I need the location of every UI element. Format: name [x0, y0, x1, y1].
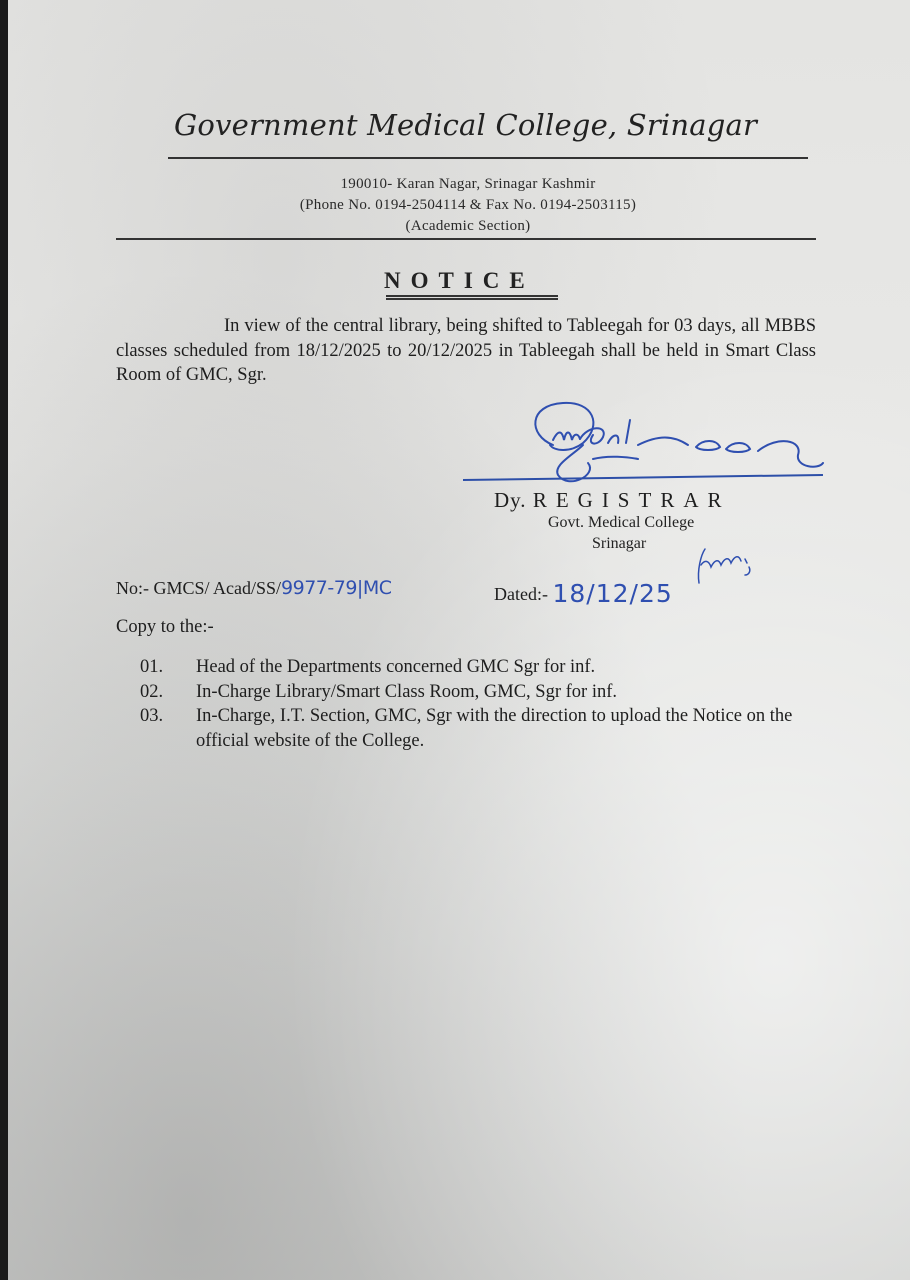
- title-underline-double: [386, 298, 558, 300]
- notice-title: NOTICE: [384, 268, 535, 294]
- signatory-organization: Govt. Medical College: [548, 514, 694, 532]
- notice-body: In view of the central library, being sh…: [116, 314, 816, 388]
- copy-to-heading: Copy to the:-: [116, 617, 214, 638]
- dated-label: Dated:-: [494, 584, 548, 604]
- initials-icon: [691, 545, 761, 585]
- list-item: 02. In-Charge Library/Smart Class Room, …: [140, 680, 830, 705]
- designation-prefix: Dy.: [494, 488, 527, 512]
- letterhead-divider: [116, 238, 816, 240]
- list-item-number: 03.: [140, 704, 196, 753]
- heading-underline: [168, 157, 808, 159]
- designation-title: REGISTRAR: [533, 488, 731, 512]
- list-item: 03. In-Charge, I.T. Section, GMC, Sgr wi…: [140, 704, 830, 753]
- signatory-designation: Dy. REGISTRAR: [494, 488, 731, 513]
- reference-number: No:- GMCS/ Acad/SS/9977-79|MC: [116, 577, 391, 599]
- list-item-text: In-Charge Library/Smart Class Room, GMC,…: [196, 680, 830, 705]
- college-name-heading: Government Medical College, Srinagar: [174, 108, 814, 142]
- handwritten-reference: 9977-79|MC: [281, 577, 391, 599]
- handwritten-date: 18/12/25: [552, 579, 672, 608]
- list-item-number: 02.: [140, 680, 196, 705]
- list-item-text: In-Charge, I.T. Section, GMC, Sgr with t…: [196, 704, 830, 753]
- list-item-text: Head of the Departments concerned GMC Sg…: [196, 655, 830, 680]
- title-underline: [386, 295, 558, 297]
- dated-field: Dated:- 18/12/25: [494, 577, 673, 606]
- address-line: 190010- Karan Nagar, Srinagar Kashmir: [118, 176, 818, 193]
- copy-to-list: 01. Head of the Departments concerned GM…: [140, 655, 830, 753]
- contact-line: (Phone No. 0194-2504114 & Fax No. 0194-2…: [118, 197, 818, 214]
- list-item: 01. Head of the Departments concerned GM…: [140, 655, 830, 680]
- notice-paper: Government Medical College, Srinagar 190…: [8, 0, 910, 1280]
- signatory-city: Srinagar: [592, 535, 646, 553]
- section-line: (Academic Section): [118, 218, 818, 235]
- list-item-number: 01.: [140, 655, 196, 680]
- reference-label: No:- GMCS/ Acad/SS/: [116, 578, 281, 598]
- notice-body-text: In view of the central library, being sh…: [116, 316, 816, 385]
